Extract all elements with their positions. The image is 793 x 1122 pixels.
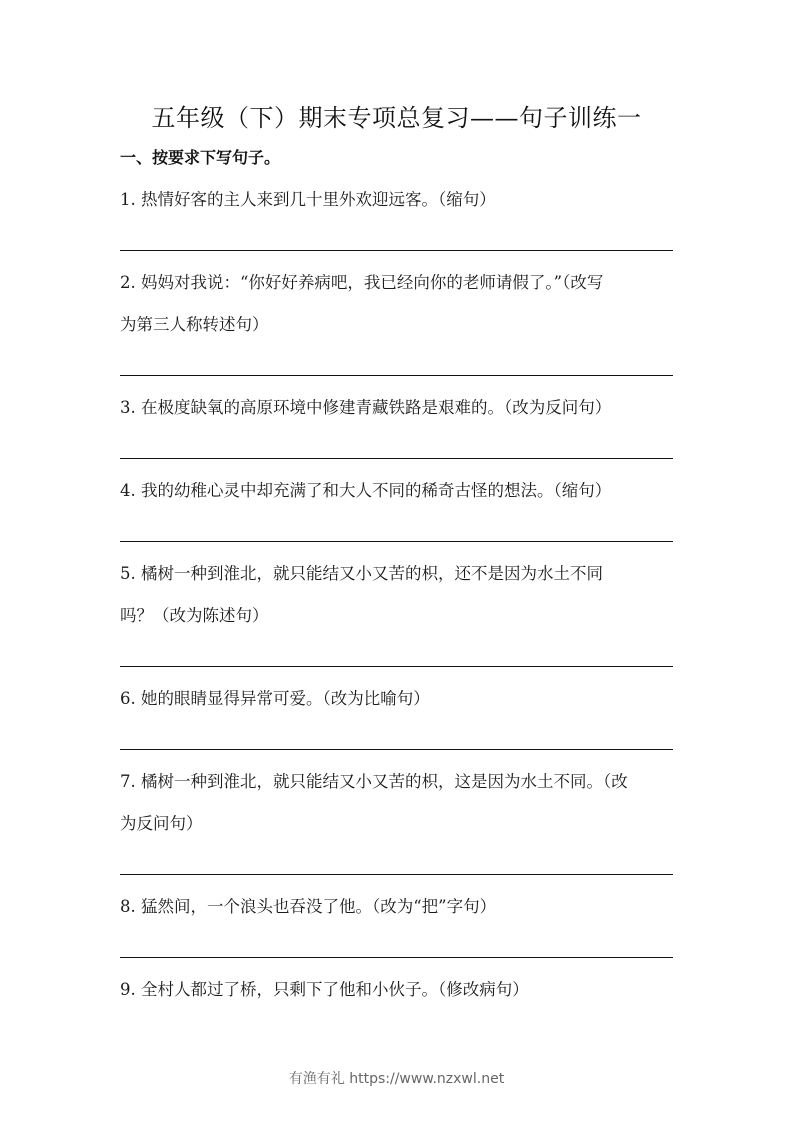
question-5-text: 5. 橘树一种到淮北，就只能结又小又苦的枳，还不是因为水土不同 bbox=[120, 562, 676, 586]
question-1-text: 1. 热情好客的主人来到几十里外欢迎远客。（缩句） bbox=[120, 188, 676, 212]
question-3-answer-line[interactable] bbox=[120, 458, 673, 459]
question-5-text-cont: 吗？（改为陈述句） bbox=[120, 604, 676, 628]
question-7-text: 7. 橘树一种到淮北，就只能结又小又苦的枳，这是因为水土不同。（改 bbox=[120, 770, 676, 794]
question-4-text: 4. 我的幼稚心灵中却充满了和大人不同的稀奇古怪的想法。（缩句） bbox=[120, 479, 676, 503]
question-2-text-cont: 为第三人称转述句） bbox=[120, 313, 676, 337]
question-8-answer-line[interactable] bbox=[120, 957, 673, 958]
question-2-answer-line[interactable] bbox=[120, 375, 673, 376]
question-9-text: 9. 全村人都过了桥，只剩下了他和小伙子。（修改病句） bbox=[120, 978, 676, 1002]
question-6-text: 6. 她的眼睛显得异常可爱。（改为比喻句） bbox=[120, 687, 676, 711]
question-7-answer-line[interactable] bbox=[120, 874, 673, 875]
question-2-text: 2. 妈妈对我说：“你好好养病吧，我已经向你的老师请假了。”（改写 bbox=[120, 271, 676, 295]
question-4-answer-line[interactable] bbox=[120, 541, 673, 542]
question-1-answer-line[interactable] bbox=[120, 250, 673, 251]
footer-watermark: 有渔有礼 https://www.nzxwl.net bbox=[0, 1069, 793, 1089]
question-3-text: 3. 在极度缺氧的高原环境中修建青藏铁路是艰难的。（改为反问句） bbox=[120, 396, 676, 420]
question-8-text: 8. 猛然间，一个浪头也吞没了他。（改为“把”字句） bbox=[120, 895, 676, 919]
question-5-answer-line[interactable] bbox=[120, 666, 673, 667]
section-header: 一、按要求下写句子。 bbox=[120, 146, 280, 170]
page-title: 五年级（下）期末专项总复习——句子训练一 bbox=[0, 100, 793, 136]
worksheet-page: 五年级（下）期末专项总复习——句子训练一 一、按要求下写句子。 1. 热情好客的… bbox=[0, 0, 793, 1122]
question-7-text-cont: 为反问句） bbox=[120, 812, 676, 836]
question-6-answer-line[interactable] bbox=[120, 749, 673, 750]
